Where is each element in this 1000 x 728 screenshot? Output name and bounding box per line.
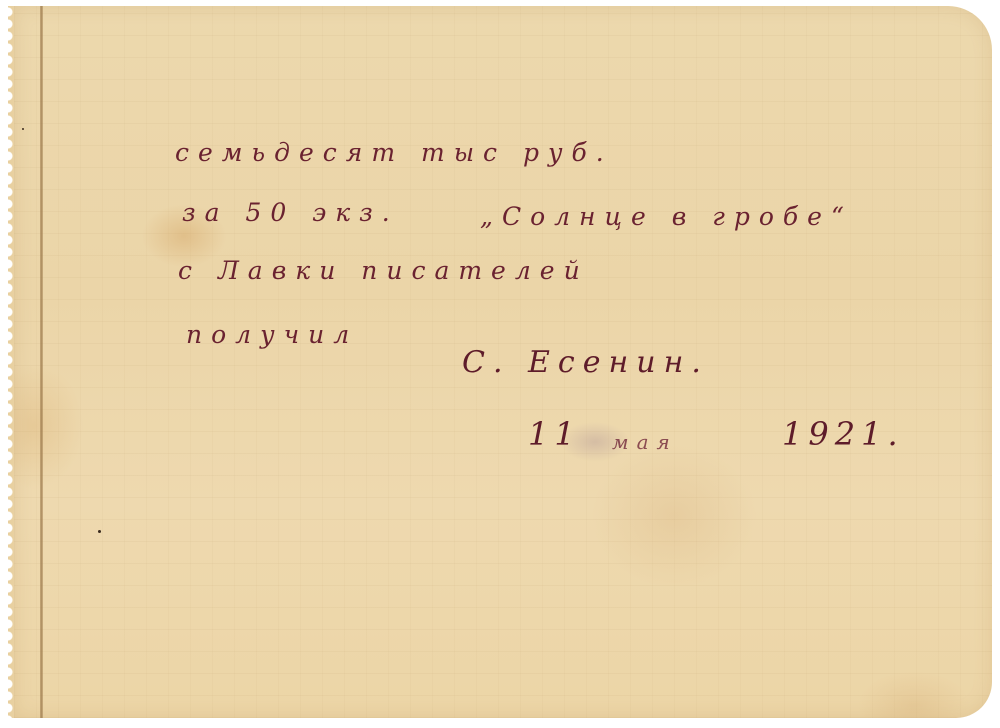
receipt-line-copies: за 50 экз. bbox=[182, 200, 399, 225]
receipt-line-book-title: „Солнце в гробе“ bbox=[480, 204, 853, 229]
scanned-receipt: семьдесят тыс руб. за 50 экз. „Солнце в … bbox=[0, 0, 1000, 728]
receipt-line-received: получил bbox=[186, 322, 358, 347]
date-day: 11 bbox=[528, 418, 581, 450]
receipt-line-source: с Лавки писателей bbox=[178, 258, 589, 283]
ink-speck bbox=[98, 530, 101, 533]
receipt-line-amount: семьдесят тыс руб. bbox=[175, 140, 613, 165]
date-year: 1921. bbox=[782, 418, 904, 450]
margin-fold-line bbox=[40, 6, 43, 718]
signature: С. Есенин. bbox=[462, 348, 709, 378]
ink-speck bbox=[22, 128, 24, 130]
date-month: мая bbox=[612, 432, 678, 452]
